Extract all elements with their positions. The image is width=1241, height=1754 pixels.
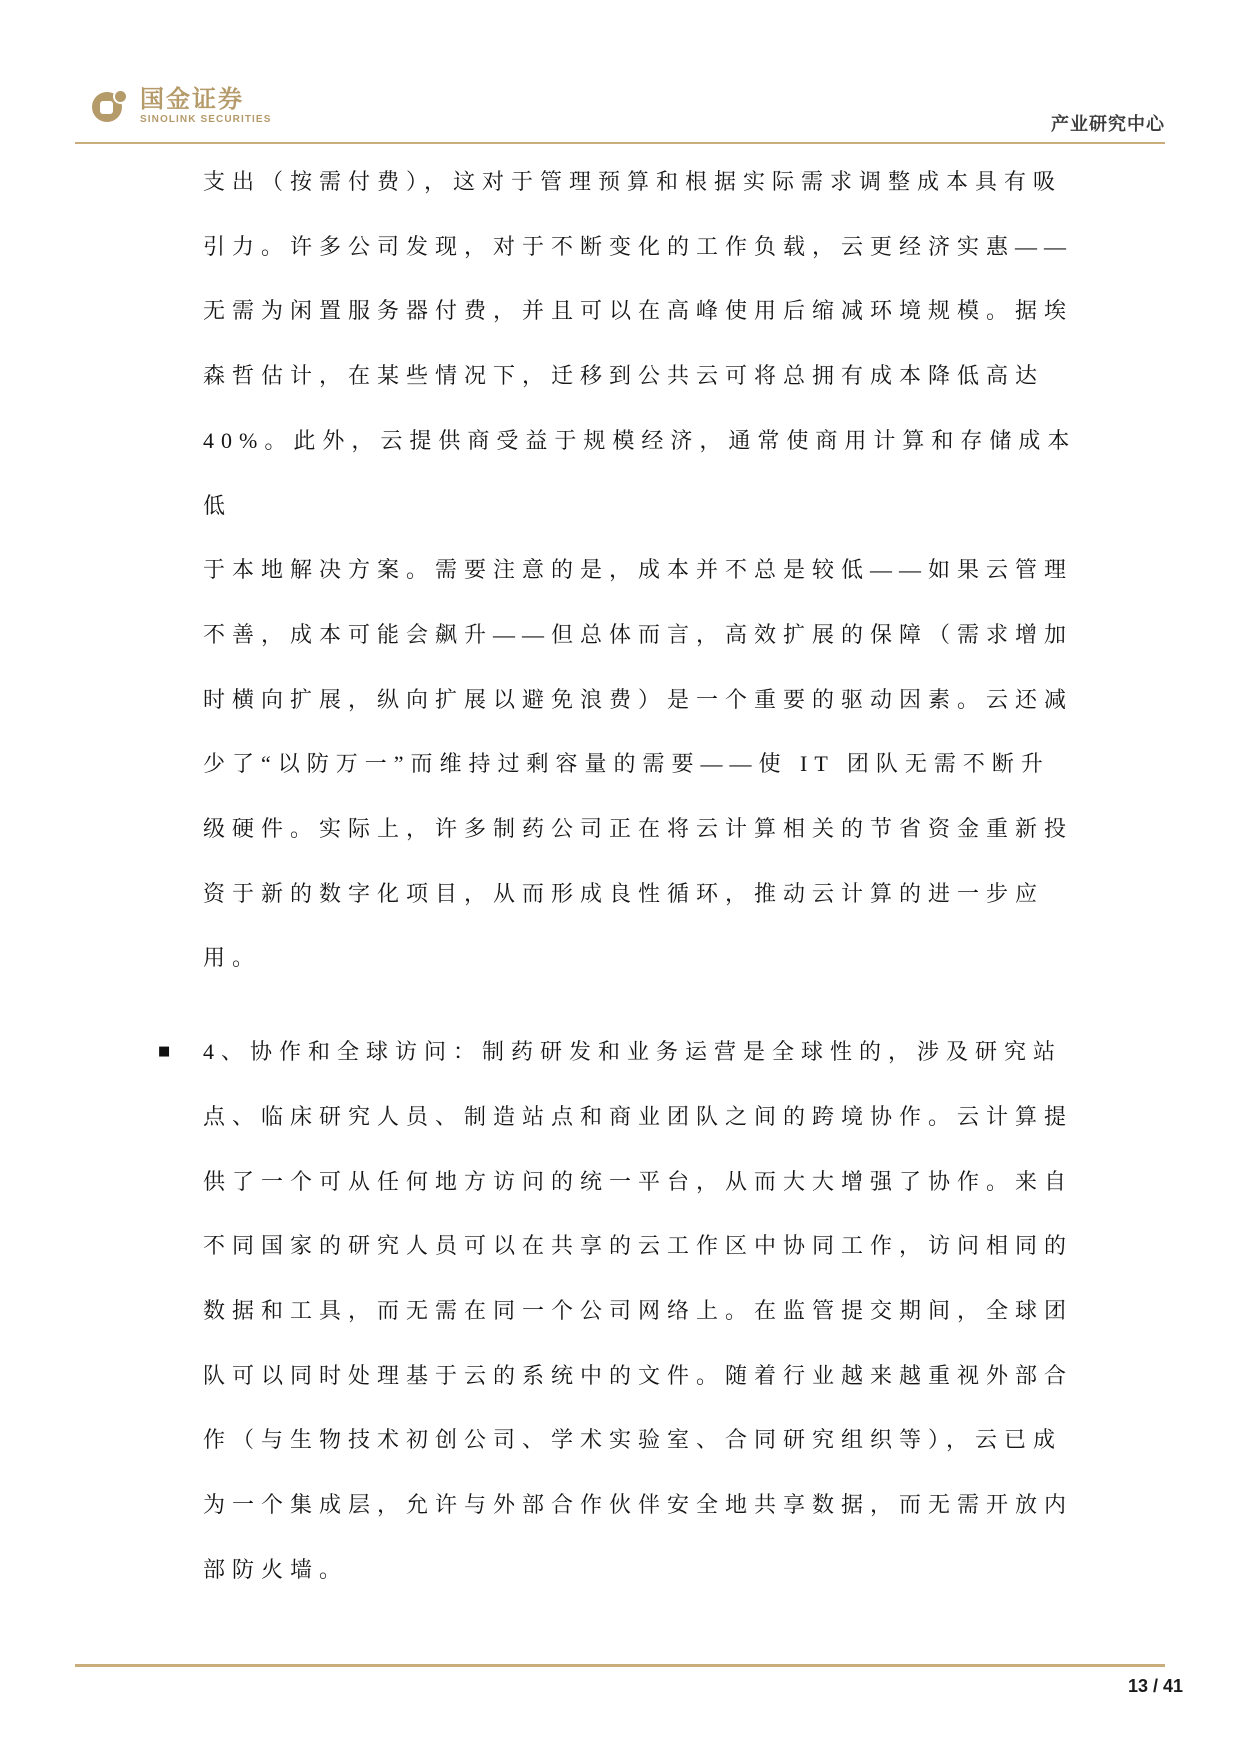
bullet-paragraph-text: 4、协作和全球访问：制药研发和业务运营是全球性的，涉及研究站 点、临床研究人员、… [203, 1020, 1093, 1602]
header-divider [75, 142, 1165, 144]
sinolink-logo: 国金证券 SINOLINK SECURITIES [92, 88, 271, 125]
report-page: 国金证券 SINOLINK SECURITIES 产业研究中心 支出（按需付费）… [0, 0, 1241, 1754]
logo-square-cutout-shape [100, 101, 113, 114]
logo-name-cn: 国金证券 [140, 88, 271, 112]
header-department-label: 产业研究中心 [1051, 110, 1165, 136]
bullet-square-icon: ■ [158, 1020, 170, 1085]
bullet-item-collaboration: ■ 4、协作和全球访问：制药研发和业务运营是全球性的，涉及研究站 点、临床研究人… [203, 1020, 1093, 1602]
logo-dot-shape [113, 89, 128, 104]
logo-text: 国金证券 SINOLINK SECURITIES [140, 88, 271, 125]
paragraph-cloud-cost: 支出（按需付费），这对于管理预算和根据实际需求调整成本具有吸 引力。许多公司发现… [203, 150, 1093, 991]
page-number: 13 / 41 [1128, 1676, 1183, 1697]
sinolink-logo-icon [92, 90, 128, 124]
footer-divider [75, 1664, 1165, 1667]
logo-name-en: SINOLINK SECURITIES [140, 114, 271, 125]
document-body: 支出（按需付费），这对于管理预算和根据实际需求调整成本具有吸 引力。许多公司发现… [203, 150, 1093, 1602]
